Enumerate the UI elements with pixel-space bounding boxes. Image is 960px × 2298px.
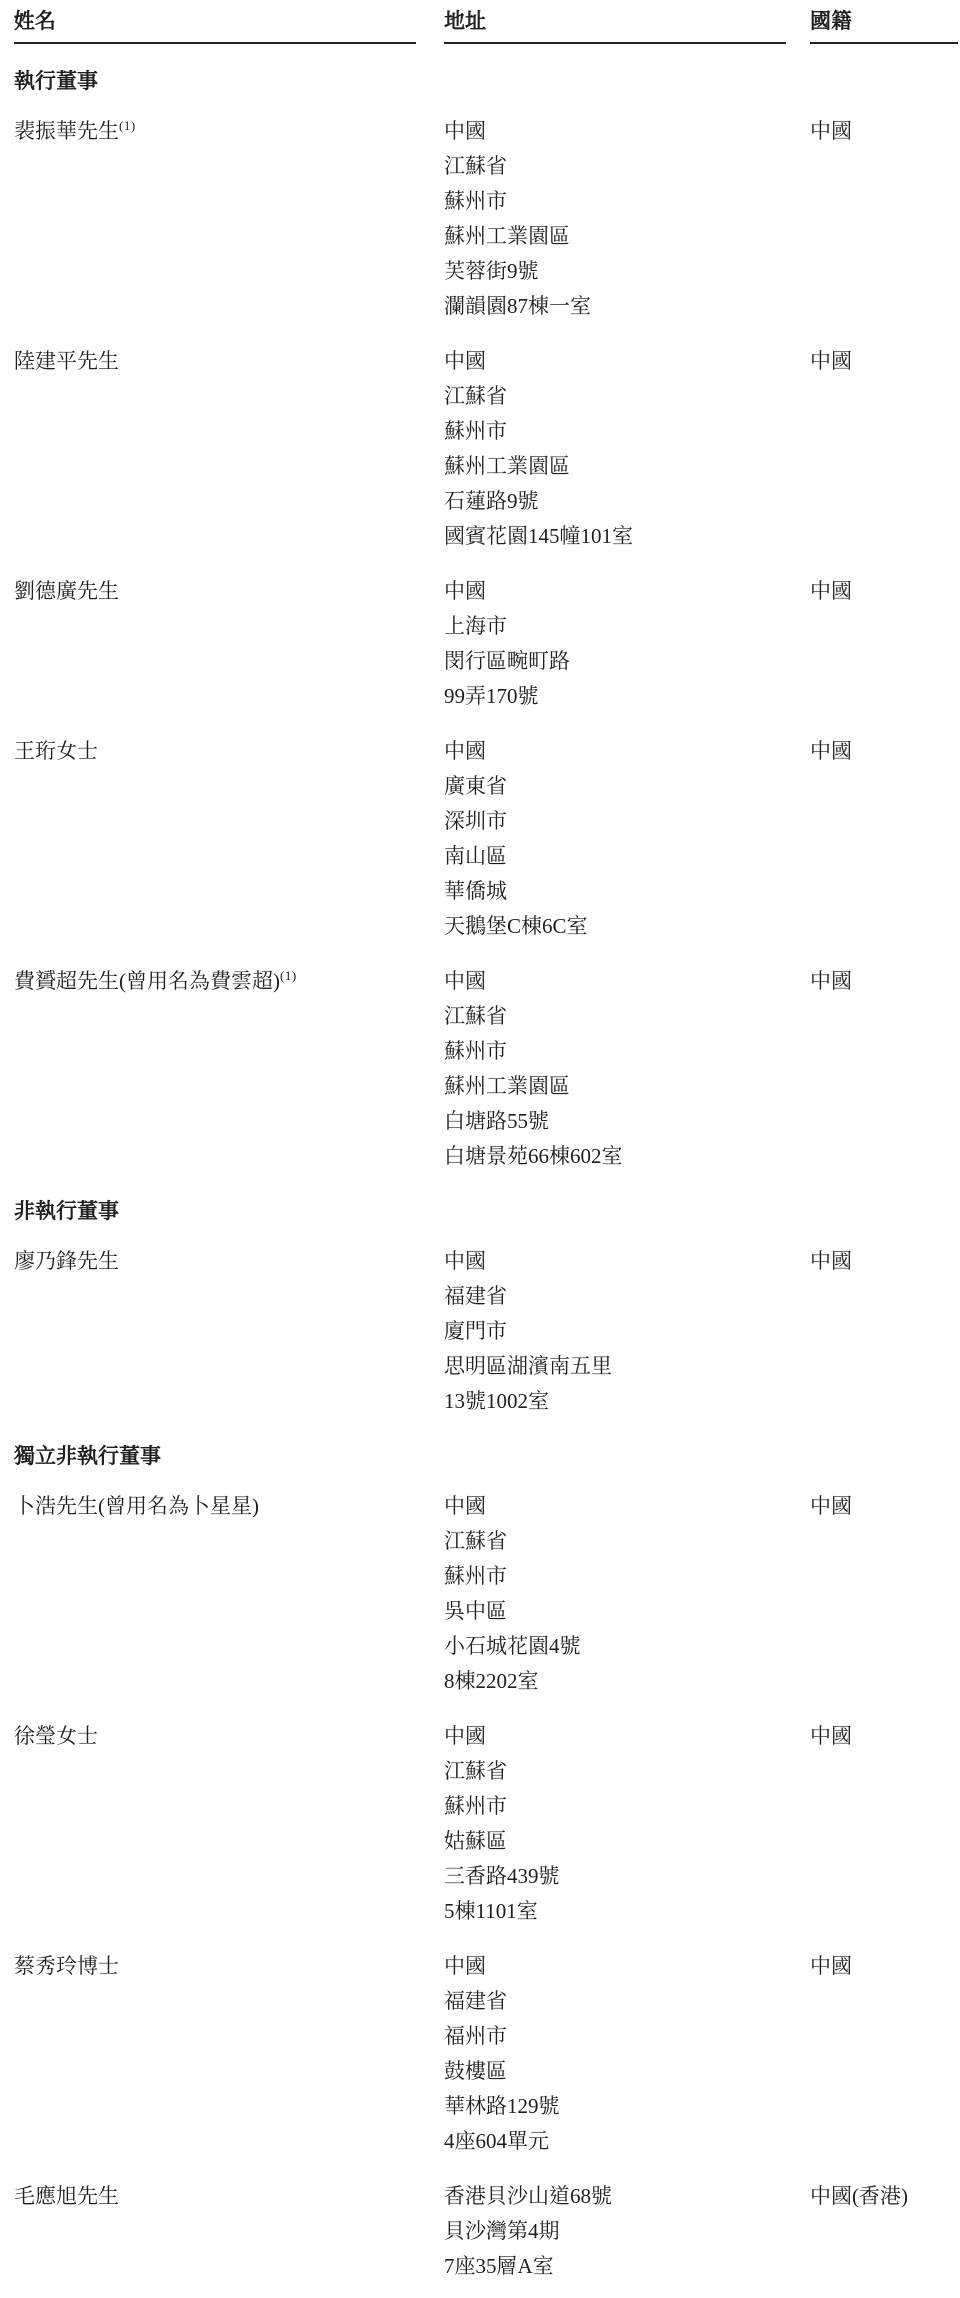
- director-address-cell: 中國上海市閔行區畹町路99弄170號: [444, 574, 810, 714]
- address-line: 三香路439號: [444, 1859, 810, 1894]
- director-name: 廖乃鋒先生: [14, 1249, 119, 1273]
- address-line: 中國: [444, 1949, 810, 1984]
- address-line: 廣東省: [444, 769, 810, 804]
- address-line: 天鵝堡C棟6C室: [444, 909, 810, 944]
- address-line: 蘇州市: [444, 414, 810, 449]
- section-heading: 執行董事: [14, 68, 958, 94]
- address-line: 閔行區畹町路: [444, 644, 810, 679]
- address-line: 中國: [444, 574, 810, 609]
- director-name-cell: 毛應旭先生: [14, 2179, 444, 2214]
- director-nationality: 中國: [810, 734, 958, 769]
- director-row: 徐瑩女士中國江蘇省蘇州市姑蘇區三香路439號5棟1101室中國: [14, 1719, 958, 1929]
- director-name-cell: 費贇超先生(曾用名為費雲超)(1): [14, 964, 444, 999]
- address-line: 中國: [444, 734, 810, 769]
- director-name-cell: 蔡秀玲博士: [14, 1949, 444, 1984]
- address-line: 姑蘇區: [444, 1824, 810, 1859]
- address-line: 國賓花園145幢101室: [444, 519, 810, 554]
- address-line: 思明區湖濱南五里: [444, 1349, 810, 1384]
- name-footnote-sup: (1): [119, 118, 136, 133]
- address-line: 99弄170號: [444, 679, 810, 714]
- director-row: 廖乃鋒先生中國福建省廈門市思明區湖濱南五里13號1002室中國: [14, 1244, 958, 1419]
- director-nationality: 中國: [810, 1719, 958, 1754]
- director-nationality: 中國: [810, 1489, 958, 1524]
- address-line: 中國: [444, 1719, 810, 1754]
- section-heading: 非執行董事: [14, 1198, 958, 1224]
- director-name-cell: 廖乃鋒先生: [14, 1244, 444, 1279]
- address-line: 中國: [444, 964, 810, 999]
- address-line: 蘇州市: [444, 184, 810, 219]
- address-line: 南山區: [444, 839, 810, 874]
- director-row: 王珩女士中國廣東省深圳市南山區華僑城天鵝堡C棟6C室中國: [14, 734, 958, 944]
- director-row: 蔡秀玲博士中國福建省福州市鼓樓區華林路129號4座604單元中國: [14, 1949, 958, 2159]
- director-name: 陸建平先生: [14, 349, 119, 373]
- address-line: 13號1002室: [444, 1384, 810, 1419]
- director-name: 費贇超先生(曾用名為費雲超): [14, 969, 280, 993]
- column-header-name: 姓名: [14, 8, 416, 44]
- director-name: 毛應旭先生: [14, 2184, 119, 2208]
- director-nationality: 中國: [810, 964, 958, 999]
- address-line: 蘇州工業園區: [444, 219, 810, 254]
- director-name-cell: 劉德廣先生: [14, 574, 444, 609]
- director-name: 王珩女士: [14, 739, 98, 763]
- director-name: 蔡秀玲博士: [14, 1954, 119, 1978]
- director-nationality: 中國: [810, 114, 958, 149]
- column-header-address: 地址: [444, 8, 786, 44]
- address-line: 吳中區: [444, 1594, 810, 1629]
- address-line: 中國: [444, 114, 810, 149]
- address-line: 鼓樓區: [444, 2054, 810, 2089]
- director-address-cell: 香港貝沙山道68號貝沙灣第4期7座35層A室: [444, 2179, 810, 2284]
- director-row: 陸建平先生中國江蘇省蘇州市蘇州工業園區石蓮路9號國賓花園145幢101室中國: [14, 344, 958, 554]
- director-address-cell: 中國江蘇省蘇州市蘇州工業園區芙蓉街9號瀾韻園87棟一室: [444, 114, 810, 324]
- director-nationality: 中國: [810, 1244, 958, 1279]
- director-name: 裴振華先生: [14, 119, 119, 143]
- address-line: 上海市: [444, 609, 810, 644]
- address-line: 8棟2202室: [444, 1664, 810, 1699]
- address-line: 深圳市: [444, 804, 810, 839]
- address-line: 中國: [444, 1489, 810, 1524]
- director-address-cell: 中國福建省福州市鼓樓區華林路129號4座604單元: [444, 1949, 810, 2159]
- address-line: 中國: [444, 1244, 810, 1279]
- director-address-cell: 中國廣東省深圳市南山區華僑城天鵝堡C棟6C室: [444, 734, 810, 944]
- address-line: 瀾韻園87棟一室: [444, 289, 810, 324]
- director-row: 毛應旭先生香港貝沙山道68號貝沙灣第4期7座35層A室中國(香港): [14, 2179, 958, 2284]
- director-name-cell: 徐瑩女士: [14, 1719, 444, 1754]
- director-nationality: 中國(香港): [810, 2179, 958, 2214]
- address-line: 4座604單元: [444, 2124, 810, 2159]
- director-address-cell: 中國江蘇省蘇州市姑蘇區三香路439號5棟1101室: [444, 1719, 810, 1929]
- director-address-cell: 中國江蘇省蘇州市蘇州工業園區白塘路55號白塘景苑66棟602室: [444, 964, 810, 1174]
- address-line: 白塘路55號: [444, 1104, 810, 1139]
- director-nationality: 中國: [810, 1949, 958, 1984]
- table-header: 姓名 地址 國籍: [14, 8, 958, 44]
- address-line: 福建省: [444, 1984, 810, 2019]
- address-line: 江蘇省: [444, 149, 810, 184]
- address-line: 蘇州市: [444, 1559, 810, 1594]
- table-body: 執行董事裴振華先生(1)中國江蘇省蘇州市蘇州工業園區芙蓉街9號瀾韻園87棟一室中…: [14, 68, 958, 2284]
- address-line: 福州市: [444, 2019, 810, 2054]
- director-address-cell: 中國福建省廈門市思明區湖濱南五里13號1002室: [444, 1244, 810, 1419]
- address-line: 蘇州工業園區: [444, 1069, 810, 1104]
- address-line: 福建省: [444, 1279, 810, 1314]
- address-line: 蘇州市: [444, 1789, 810, 1824]
- director-row: 卜浩先生(曾用名為卜星星)中國江蘇省蘇州市吳中區小石城花園4號8棟2202室中國: [14, 1489, 958, 1699]
- address-line: 芙蓉街9號: [444, 254, 810, 289]
- director-row: 裴振華先生(1)中國江蘇省蘇州市蘇州工業園區芙蓉街9號瀾韻園87棟一室中國: [14, 114, 958, 324]
- address-line: 石蓮路9號: [444, 484, 810, 519]
- address-line: 江蘇省: [444, 1524, 810, 1559]
- address-line: 廈門市: [444, 1314, 810, 1349]
- address-line: 華僑城: [444, 874, 810, 909]
- address-line: 5棟1101室: [444, 1894, 810, 1929]
- director-name-cell: 卜浩先生(曾用名為卜星星): [14, 1489, 444, 1524]
- director-address-cell: 中國江蘇省蘇州市蘇州工業園區石蓮路9號國賓花園145幢101室: [444, 344, 810, 554]
- address-line: 蘇州工業園區: [444, 449, 810, 484]
- address-line: 江蘇省: [444, 379, 810, 414]
- column-header-nationality: 國籍: [810, 8, 958, 44]
- director-name-cell: 裴振華先生(1): [14, 114, 444, 149]
- director-row: 劉德廣先生中國上海市閔行區畹町路99弄170號中國: [14, 574, 958, 714]
- address-line: 香港貝沙山道68號: [444, 2179, 810, 2214]
- address-line: 華林路129號: [444, 2089, 810, 2124]
- director-address-cell: 中國江蘇省蘇州市吳中區小石城花園4號8棟2202室: [444, 1489, 810, 1699]
- address-line: 白塘景苑66棟602室: [444, 1139, 810, 1174]
- address-line: 小石城花園4號: [444, 1629, 810, 1664]
- director-nationality: 中國: [810, 344, 958, 379]
- name-footnote-sup: (1): [280, 968, 297, 983]
- address-line: 蘇州市: [444, 1034, 810, 1069]
- director-name-cell: 陸建平先生: [14, 344, 444, 379]
- director-row: 費贇超先生(曾用名為費雲超)(1)中國江蘇省蘇州市蘇州工業園區白塘路55號白塘景…: [14, 964, 958, 1174]
- director-name-cell: 王珩女士: [14, 734, 444, 769]
- director-name: 徐瑩女士: [14, 1724, 98, 1748]
- director-name: 劉德廣先生: [14, 579, 119, 603]
- address-line: 中國: [444, 344, 810, 379]
- address-line: 7座35層A室: [444, 2249, 810, 2284]
- section-heading: 獨立非執行董事: [14, 1443, 958, 1469]
- address-line: 貝沙灣第4期: [444, 2214, 810, 2249]
- address-line: 江蘇省: [444, 999, 810, 1034]
- director-nationality: 中國: [810, 574, 958, 609]
- director-name: 卜浩先生(曾用名為卜星星): [14, 1494, 259, 1518]
- directors-address-table-page: 姓名 地址 國籍 執行董事裴振華先生(1)中國江蘇省蘇州市蘇州工業園區芙蓉街9號…: [0, 0, 960, 2298]
- address-line: 江蘇省: [444, 1754, 810, 1789]
